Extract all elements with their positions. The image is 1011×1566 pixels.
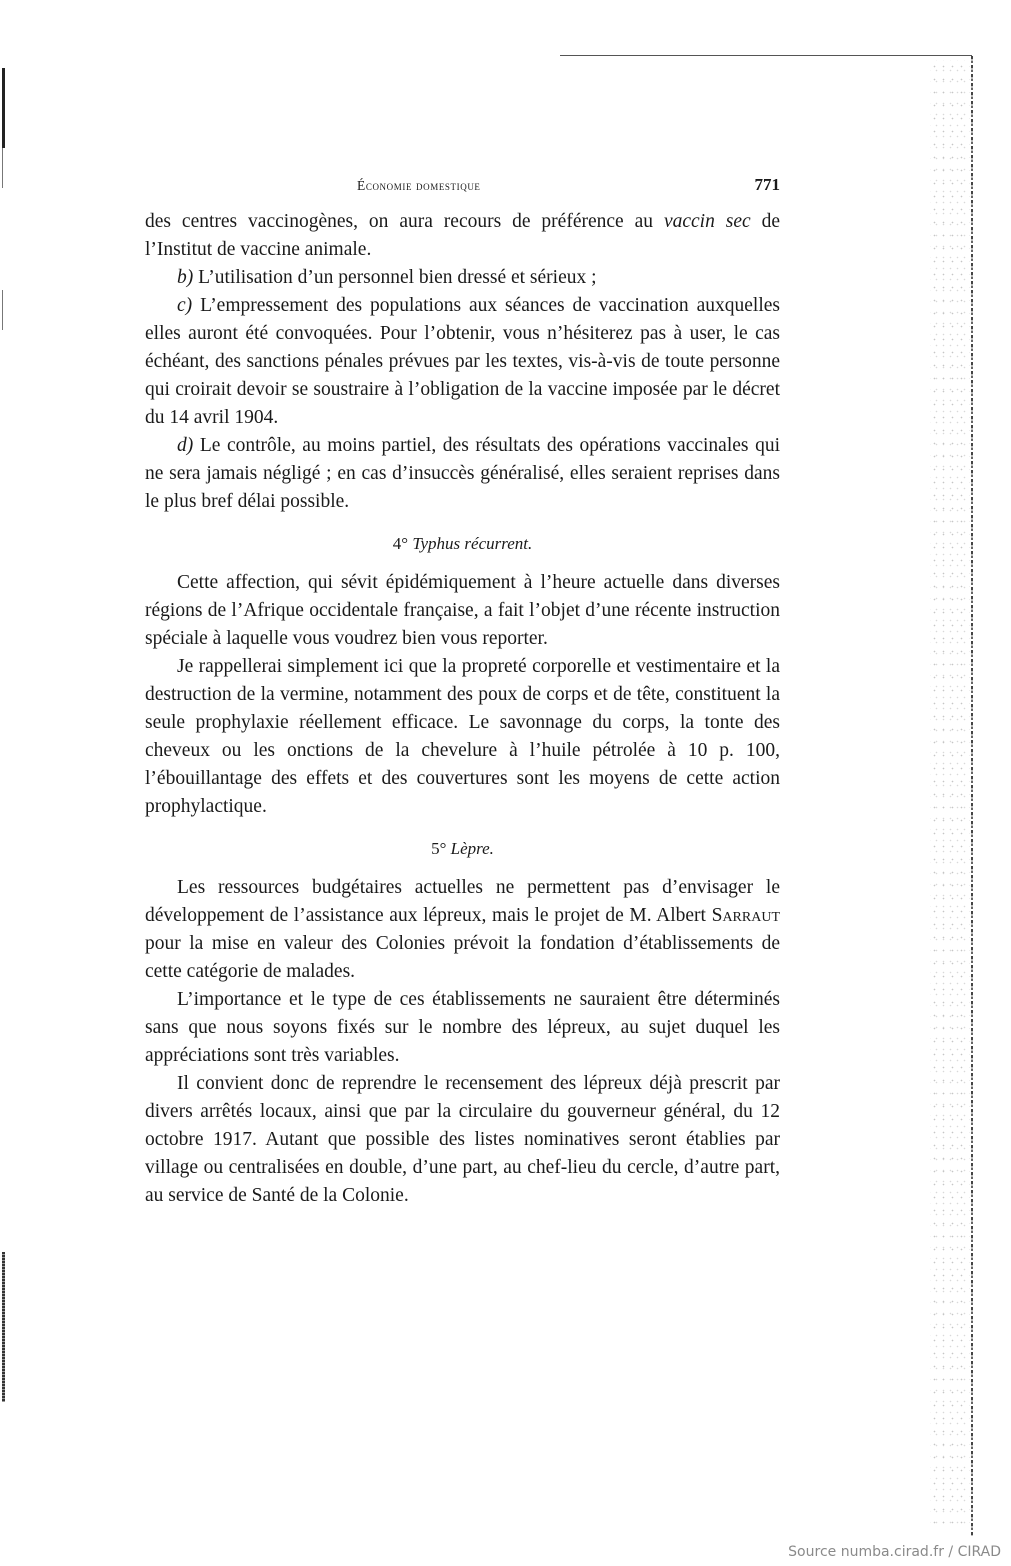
scan-edge-artifact bbox=[560, 55, 972, 56]
scan-edge-artifact bbox=[2, 68, 5, 148]
paragraph-text: pour la mise en valeur des Colonies prév… bbox=[145, 933, 780, 982]
page-number: 771 bbox=[755, 175, 781, 195]
running-header: Économie domestique 771 bbox=[145, 170, 780, 204]
scan-edge-artifact bbox=[971, 56, 973, 1536]
section-title: Typhus récurrent. bbox=[412, 534, 532, 553]
body-text: des centres vaccinogènes, on aura recour… bbox=[145, 208, 780, 1210]
document-page: Économie domestique 771 des centres vacc… bbox=[145, 170, 780, 1210]
section-title: Lèpre. bbox=[451, 839, 494, 858]
paragraph: Je rappellerai simplement ici que la pro… bbox=[145, 653, 780, 821]
scan-edge-artifact bbox=[2, 148, 3, 188]
paragraph-lepre-budget: Les ressources budgétaires actuelles ne … bbox=[145, 874, 780, 986]
section-number: 4° bbox=[393, 534, 408, 553]
list-item-text: Le contrôle, au moins partiel, des résul… bbox=[145, 435, 780, 512]
paragraph-text: Les ressources budgétaires actuelles ne … bbox=[145, 877, 780, 926]
list-marker: d) bbox=[177, 435, 193, 456]
section-heading-lepre: 5° Lèpre. bbox=[145, 835, 780, 863]
section-number: 5° bbox=[431, 839, 446, 858]
paragraph-vaccin: des centres vaccinogènes, on aura recour… bbox=[145, 208, 780, 264]
scan-noise bbox=[930, 60, 970, 1530]
list-marker: c) bbox=[177, 295, 192, 316]
person-name: Sarraut bbox=[712, 905, 780, 926]
list-item-text: L’empressement des populations aux séanc… bbox=[145, 295, 780, 428]
paragraph: L’importance et le type de ces établisse… bbox=[145, 986, 780, 1070]
list-item-d: d) Le contrôle, au moins partiel, des ré… bbox=[145, 432, 780, 516]
paragraph: Cette affection, qui sévit épidémiquemen… bbox=[145, 569, 780, 653]
scan-edge-artifact bbox=[2, 1252, 5, 1402]
scan-edge-artifact bbox=[2, 290, 3, 330]
italic-term: vaccin sec bbox=[664, 211, 751, 232]
list-item-text: L’utilisation d’un personnel bien dressé… bbox=[193, 267, 596, 288]
list-marker: b) bbox=[177, 267, 193, 288]
paragraph-text: des centres vaccinogènes, on aura recour… bbox=[145, 211, 653, 232]
paragraph: Il convient donc de reprendre le recense… bbox=[145, 1070, 780, 1210]
source-credit: Source numba.cirad.fr / CIRAD bbox=[788, 1544, 1001, 1560]
list-item-c: c) L’empressement des populations aux sé… bbox=[145, 292, 780, 432]
section-heading-typhus: 4° Typhus récurrent. bbox=[145, 530, 780, 558]
list-item-b: b) L’utilisation d’un personnel bien dre… bbox=[145, 264, 780, 292]
running-title: Économie domestique bbox=[357, 178, 481, 194]
